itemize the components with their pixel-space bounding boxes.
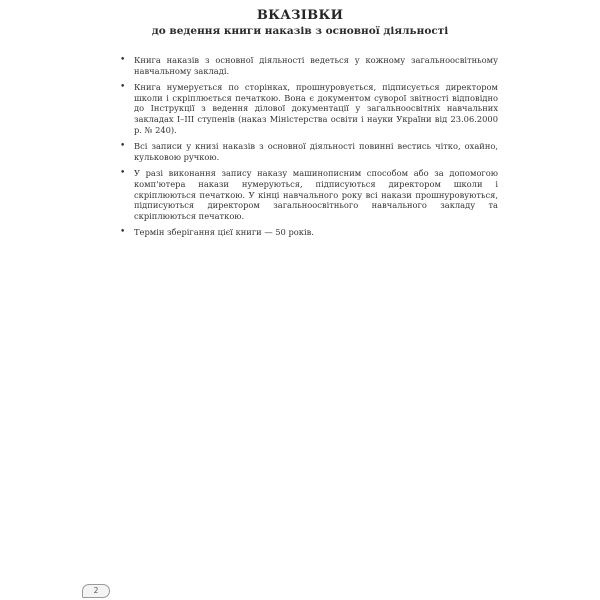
list-item-text: У разі виконання запису наказу машинопис… [134,168,498,220]
list-item: • Книга наказів з основної діяльності ве… [118,55,498,76]
page-title: ВКАЗІВКИ [0,8,600,23]
instructions-list: • Книга наказів з основної діяльності ве… [118,55,498,244]
list-item-text: Термін зберігання цієї книги — 50 років. [134,227,314,237]
page-subtitle: до ведення книги наказів з основної діял… [0,25,600,37]
list-item-text: Всі записи у книзі наказів з основної ді… [134,141,498,162]
bullet-icon: • [120,141,125,152]
list-item: • Книга нумерується по сторінках, прошну… [118,82,498,135]
bullet-icon: • [120,82,125,93]
bullet-icon: • [120,55,125,66]
bullet-icon: • [120,227,125,238]
page-number: 2 [82,584,110,598]
document-page: ВКАЗІВКИ до ведення книги наказів з осно… [0,0,600,600]
list-item: • У разі виконання запису наказу машиноп… [118,168,498,221]
list-item-text: Книга наказів з основної діяльності веде… [134,55,498,76]
list-item: • Термін зберігання цієї книги — 50 рокі… [118,227,498,238]
list-item-text: Книга нумерується по сторінках, прошнуро… [134,82,498,134]
list-item: • Всі записи у книзі наказів з основної … [118,141,498,162]
bullet-icon: • [120,168,125,179]
